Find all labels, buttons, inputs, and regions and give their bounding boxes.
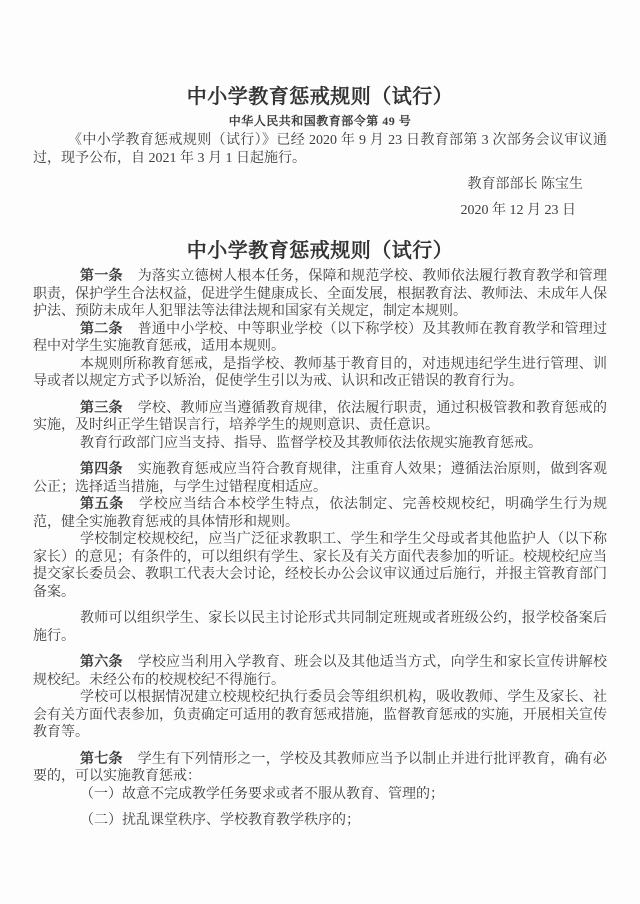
document-title: 中小学教育惩戒规则（试行） [33, 87, 607, 107]
article-number: 第一条 [80, 269, 123, 284]
article-number: 第七条 [80, 752, 123, 767]
paragraph-text: 本规则所称教育惩戒，是指学校、教师基于教育目的，对违规违纪学生进行管理、训导或者… [33, 357, 607, 390]
body-paragraph: 第一条为落实立德树人根本任务，保障和规范学校、教师依法履行教育教学和管理职责，保… [33, 268, 607, 321]
paragraph-text: （一）故意不完成教学任务要求或者不服从教育、管理的； [80, 787, 444, 802]
paragraph-text: 学校制定校规校纪，应当广泛征求教职工、学生和学生父母或者其他监护人（以下称家长）… [33, 532, 607, 600]
article-number: 第三条 [80, 401, 123, 416]
paragraph-text: （二）扰乱课堂秩序、学校教育教学秩序的； [80, 813, 360, 828]
article-number: 第二条 [80, 322, 123, 337]
body-paragraph: 第六条学校应当利用入学教育、班会以及其他适当方式，向学生和家长宣传讲解校规校纪。… [33, 654, 607, 689]
body-paragraph: 第四条实施教育惩戒应当符合教育规律，注重育人效果；遵循法治原则，做到客观公正；选… [33, 461, 607, 496]
body-paragraph: 第五条学校应当结合本校学生特点，依法制定、完善校规校纪，明确学生行为规范，健全实… [33, 496, 607, 531]
promulgation-date: 2020 年 12 月 23 日 [33, 202, 607, 220]
body-paragraph: 第二条普通中小学校、中等职业学校（以下称学校）及其教师在教育教学和管理过程中对学… [33, 321, 607, 356]
body-paragraph: 学校制定校规校纪，应当广泛征求教职工、学生和学生父母或者其他监护人（以下称家长）… [33, 531, 607, 601]
regulation-body: 第一条为落实立德树人根本任务，保障和规范学校、教师依法履行教育教学和管理职责，保… [33, 268, 607, 830]
body-paragraph: 学校可以根据情况建立校规校纪执行委员会等组织机构，吸收教师、学生及家长、社会有关… [33, 689, 607, 742]
decree-number: 中华人民共和国教育部令第 49 号 [33, 114, 607, 128]
paragraph-text: 教育行政部门应当支持、指导、监督学校及其教师依法依规实施教育惩戒。 [80, 436, 542, 451]
body-paragraph: （二）扰乱课堂秩序、学校教育教学秩序的； [33, 812, 607, 830]
regulation-title: 中小学教育惩戒规则（试行） [33, 240, 607, 262]
body-paragraph: 教育行政部门应当支持、指导、监督学校及其教师依法依规实施教育惩戒。 [33, 435, 607, 453]
body-paragraph: 教师可以组织学生、家长以民主讨论形式共同制定班规或者班级公约，报学校备案后施行。 [33, 610, 607, 645]
article-number: 第六条 [80, 655, 123, 670]
body-paragraph: （一）故意不完成教学任务要求或者不服从教育、管理的； [33, 786, 607, 804]
article-number: 第四条 [80, 462, 123, 477]
paragraph-text: 学校可以根据情况建立校规校纪执行委员会等组织机构，吸收教师、学生及家长、社会有关… [33, 690, 607, 740]
body-paragraph: 第七条学生有下列情形之一，学校及其教师应当予以制止并进行批评教育，确有必要的，可… [33, 751, 607, 786]
article-number: 第五条 [80, 497, 124, 512]
preamble-paragraph: 《中小学教育惩戒规则（试行）》已经 2020 年 9 月 23 日教育部第 3 … [33, 132, 607, 167]
paragraph-text: 教师可以组织学生、家长以民主讨论形式共同制定班规或者班级公约，报学校备案后施行。 [33, 611, 607, 644]
document-page: 中小学教育惩戒规则（试行） 中华人民共和国教育部令第 49 号 《中小学教育惩戒… [0, 0, 640, 904]
body-paragraph: 第三条学校、教师应当遵循教育规律，依法履行职责，通过积极管教和教育惩戒的实施，及… [33, 400, 607, 435]
body-paragraph: 本规则所称教育惩戒，是指学校、教师基于教育目的，对违规违纪学生进行管理、训导或者… [33, 356, 607, 391]
minister-signature: 教育部部长 陈宝生 [33, 176, 607, 194]
